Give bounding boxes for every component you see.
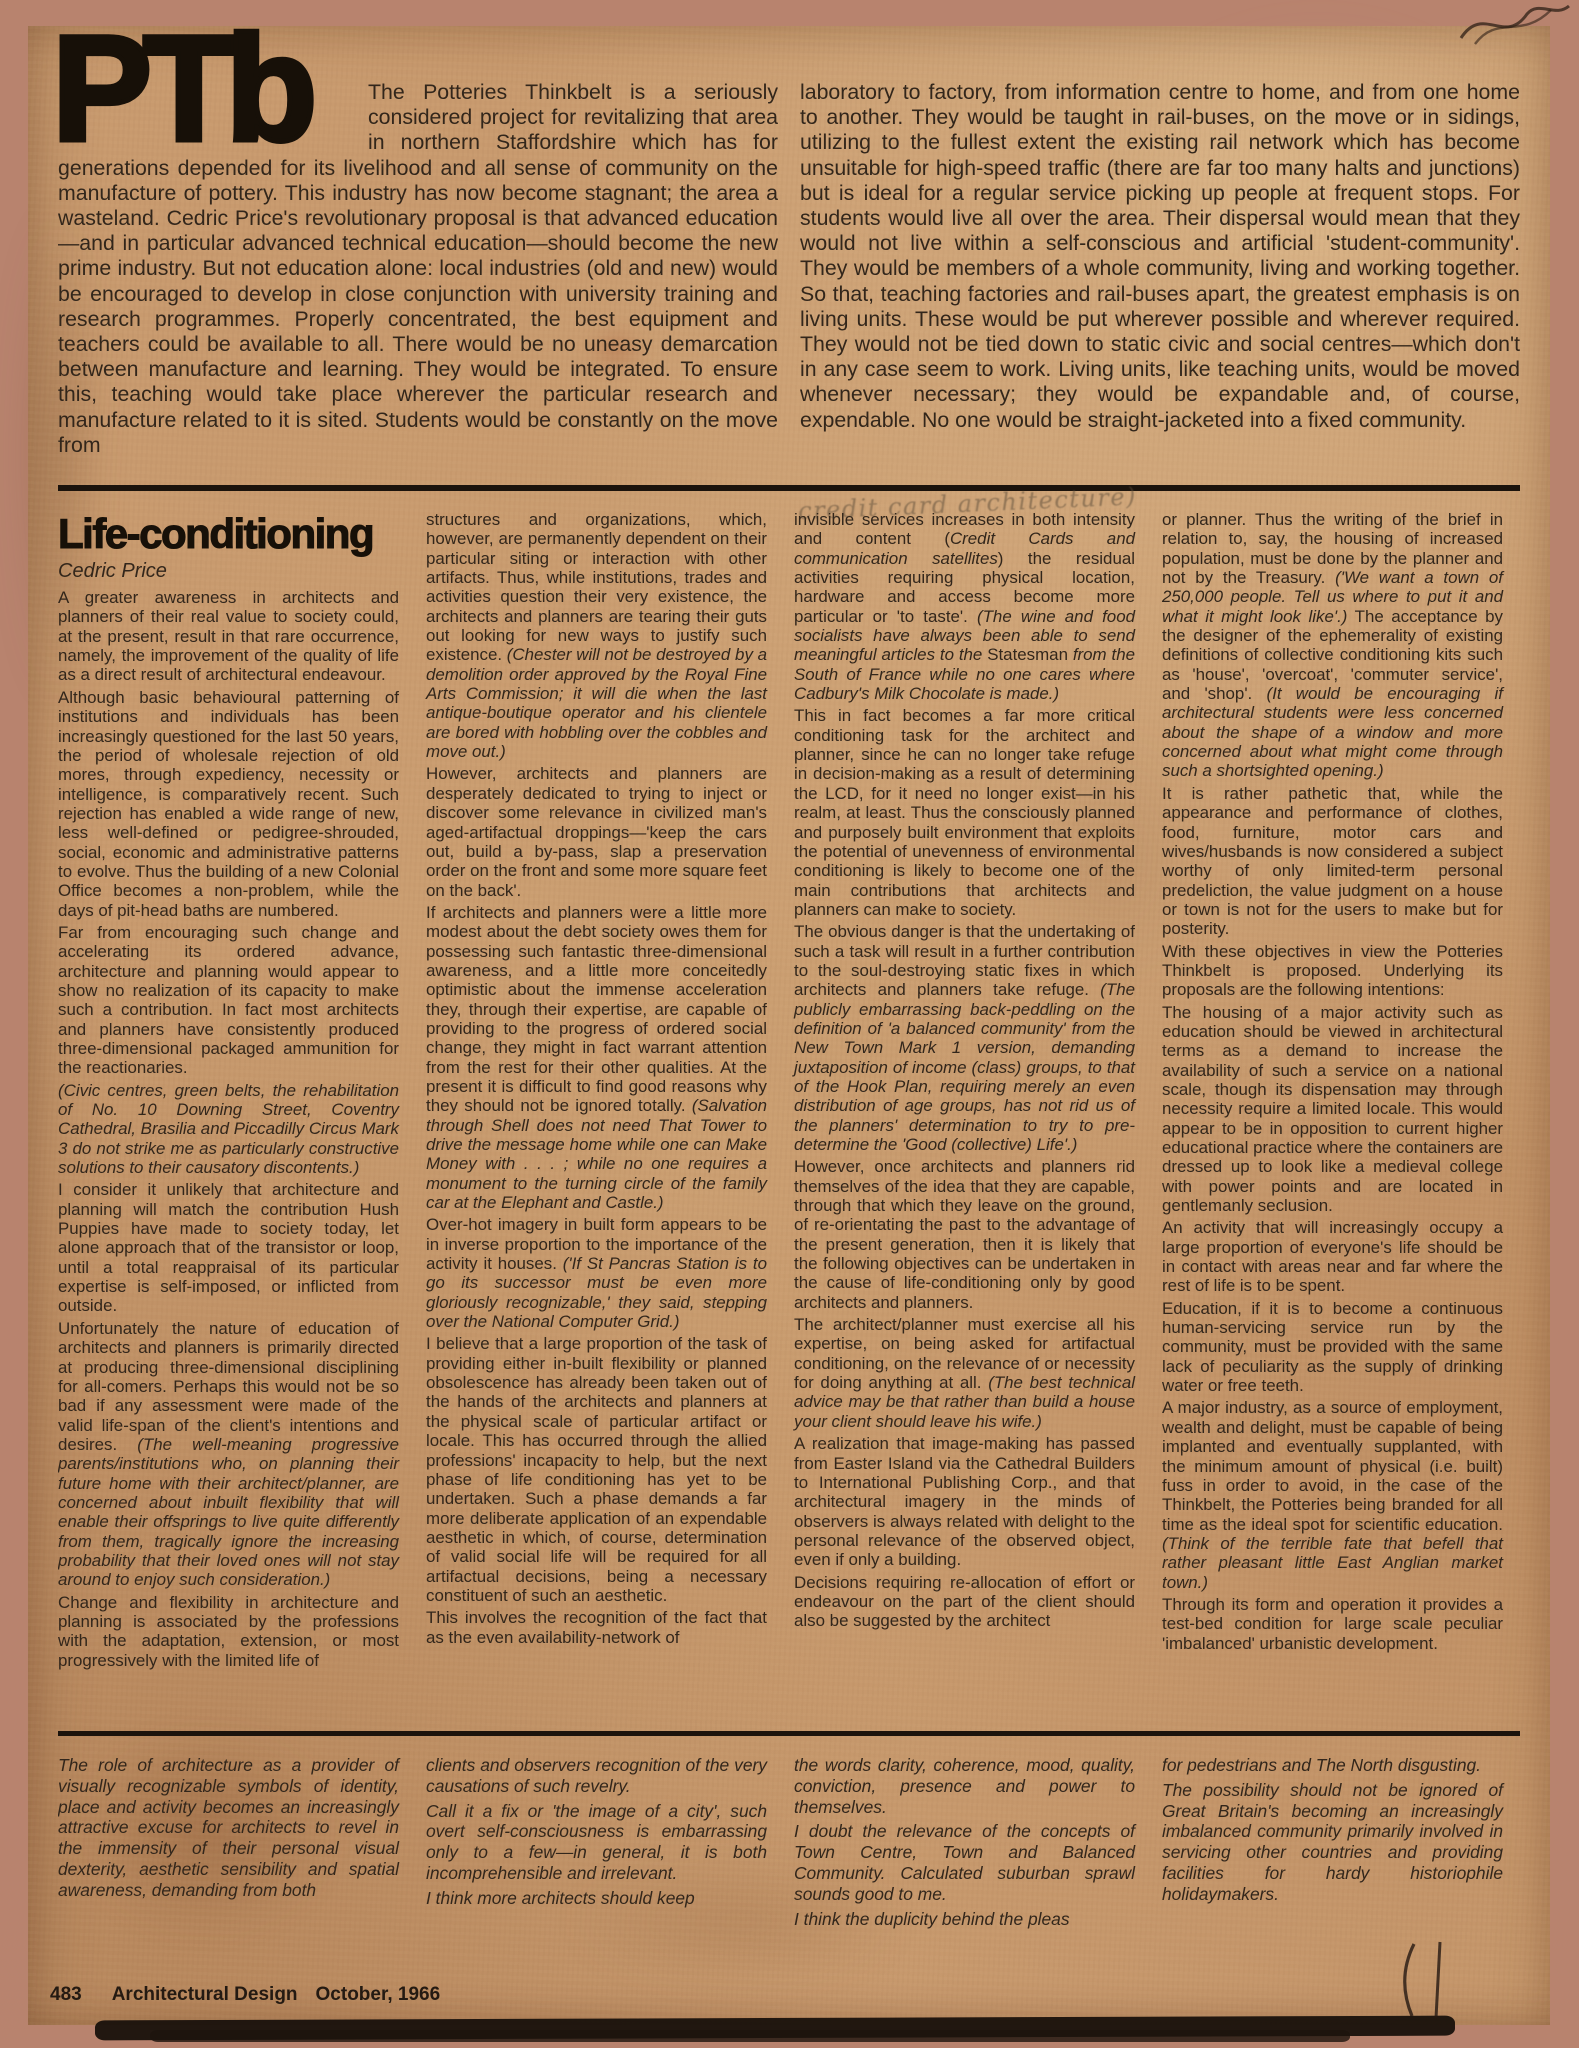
logo-spacer [58, 80, 360, 154]
paragraph: the words clarity, coherence, mood, qual… [794, 1755, 1135, 1817]
paragraph: A realization that image-making has pass… [794, 1434, 1135, 1569]
paragraph: Although basic behavioural patterning of… [58, 688, 399, 920]
paragraph: Decisions requiring re-allocation of eff… [794, 1573, 1135, 1631]
text-segment: This in fact becomes a far more critical… [794, 706, 1135, 918]
paragraph: clients and observers recognition of the… [426, 1755, 767, 1797]
paragraph: Call it a fix or 'the image of a city', … [426, 1801, 767, 1884]
paragraph: If architects and planners were a little… [426, 903, 767, 1213]
paragraph: It is rather pathetic that, while the ap… [1162, 784, 1503, 939]
paragraph: Over-hot imagery in built form appears t… [426, 1215, 767, 1331]
article-column-4: or planner. Thus the writing of the brie… [1162, 510, 1503, 1731]
text-segment: Statesman [987, 645, 1068, 664]
page-number: 483 [50, 1984, 82, 2005]
text-segment: Although basic behavioural patterning of… [58, 688, 399, 920]
paper-page: PTb The Potteries Thinkbelt is a serious… [28, 26, 1550, 2025]
text-segment: An activity that will increasingly occup… [1162, 1218, 1503, 1295]
paragraph: A greater awareness in architects and pl… [58, 588, 399, 685]
text-segment: A greater awareness in architects and pl… [58, 588, 399, 684]
paragraph: Unfortunately the nature of education of… [58, 1319, 399, 1590]
text-segment: The possibility should not be ignored of… [1162, 1780, 1503, 1904]
text-segment: the words clarity, coherence, mood, qual… [794, 1755, 1135, 1817]
text-segment: However, architects and planners are des… [426, 764, 767, 899]
text-segment: laboratory to factory, from information … [800, 80, 1520, 432]
paragraph: (Civic centres, green belts, the rehabil… [58, 1081, 399, 1178]
text-segment: With these objectives in view the Potter… [1162, 942, 1503, 1000]
article-byline: Cedric Price [58, 559, 399, 583]
paragraph: A major industry, as a source of employm… [1162, 1398, 1503, 1591]
text-segment: Through its form and operation it provid… [1162, 1595, 1503, 1653]
article-column-3: invisible services increases in both int… [794, 510, 1135, 1731]
text-segment: Change and flexibility in architecture a… [58, 1593, 399, 1670]
paragraph: Education, if it is to become a continuo… [1162, 1299, 1503, 1396]
page-edge-shadow [150, 2030, 1350, 2042]
closing-column-1: The role of architecture as a provider o… [58, 1755, 399, 1981]
paragraph: invisible services increases in both int… [794, 510, 1135, 703]
pen-scribble-icon [1455, 0, 1575, 52]
paragraph: laboratory to factory, from information … [800, 80, 1520, 433]
paragraph: I think the duplicity behind the pleas [794, 1909, 1135, 1930]
paragraph: I consider it unlikely that architecture… [58, 1180, 399, 1315]
paragraph: structures and organizations, which, how… [426, 510, 767, 761]
text-segment: The role of architecture as a provider o… [58, 1755, 399, 1900]
text-segment: I doubt the relevance of the concepts of… [794, 1821, 1135, 1903]
paragraph: or planner. Thus the writing of the brie… [1162, 510, 1503, 781]
text-segment: This involves the recognition of the fac… [426, 1608, 767, 1646]
text-segment: Decisions requiring re-allocation of eff… [794, 1573, 1135, 1631]
closing-italic-section: The role of architecture as a provider o… [58, 1755, 1520, 1981]
text-segment: A major industry, as a source of employm… [1162, 1398, 1503, 1533]
paragraph: I believe that a large proportion of the… [426, 1334, 767, 1605]
column-4-text: or planner. Thus the writing of the brie… [1162, 510, 1503, 1653]
column-2-text: structures and organizations, which, how… [426, 510, 767, 1647]
text-segment: Unfortunately the nature of education of… [58, 1319, 399, 1454]
text-segment: Education, if it is to become a continuo… [1162, 1299, 1503, 1395]
paragraph: The role of architecture as a provider o… [58, 1755, 399, 1901]
article-column-1: Life-conditioning Cedric Price A greater… [58, 510, 399, 1731]
text-segment: I believe that a large proportion of the… [426, 1334, 767, 1604]
paragraph: This in fact becomes a far more critical… [794, 706, 1135, 919]
closing-column-2: clients and observers recognition of the… [426, 1755, 767, 1981]
intro-section: The Potteries Thinkbelt is a seriously c… [58, 80, 1520, 494]
bottom-divider-rule [58, 1731, 1520, 1736]
paragraph: Change and flexibility in architecture a… [58, 1593, 399, 1670]
paragraph: for pedestrians and The North disgusting… [1162, 1755, 1503, 1776]
closing-column-3: the words clarity, coherence, mood, qual… [794, 1755, 1135, 1981]
section-divider-rule [58, 485, 1520, 491]
text-segment: The housing of a major activity such as … [1162, 1003, 1503, 1215]
intro-left-column: The Potteries Thinkbelt is a seriously c… [58, 80, 778, 494]
paragraph: The obvious danger is that the undertaki… [794, 922, 1135, 1154]
paragraph: Through its form and operation it provid… [1162, 1595, 1503, 1653]
text-segment: I consider it unlikely that architecture… [58, 1180, 399, 1315]
text-segment: If architects and planners were a little… [426, 903, 767, 1115]
paragraph: With these objectives in view the Potter… [1162, 942, 1503, 1000]
text-segment: structures and organizations, which, how… [426, 510, 767, 664]
paragraph: The housing of a major activity such as … [1162, 1003, 1503, 1216]
paragraph: Far from encouraging such change and acc… [58, 923, 399, 1078]
text-segment: (The publicly embarrassing back-peddling… [794, 980, 1135, 1154]
article-body: Life-conditioning Cedric Price A greater… [58, 510, 1520, 1731]
text-segment: A realization that image-making has pass… [794, 1434, 1135, 1569]
scanned-magazine-page: { "colors": { "paper": "#c89a6e", "borde… [0, 0, 1579, 2048]
paragraph: However, architects and planners are des… [426, 764, 767, 899]
paragraph: The possibility should not be ignored of… [1162, 1780, 1503, 1905]
page-footer: 483Architectural DesignOctober, 1966 [50, 1984, 440, 2006]
paragraph: An activity that will increasingly occup… [1162, 1218, 1503, 1295]
text-segment: clients and observers recognition of the… [426, 1755, 767, 1796]
article-title: Life-conditioning [58, 512, 399, 556]
paragraph: The architect/planner must exercise all … [794, 1315, 1135, 1431]
article-column-2: structures and organizations, which, how… [426, 510, 767, 1731]
text-segment: The obvious danger is that the undertaki… [794, 922, 1135, 999]
paragraph: I think more architects should keep [426, 1888, 767, 1909]
column-1-text: A greater awareness in architects and pl… [58, 588, 399, 1670]
intro-right-column: laboratory to factory, from information … [800, 80, 1520, 494]
column-3-text: invisible services increases in both int… [794, 510, 1135, 1631]
paragraph: I doubt the relevance of the concepts of… [794, 1821, 1135, 1904]
intro-right-text: laboratory to factory, from information … [800, 80, 1520, 433]
paragraph: This involves the recognition of the fac… [426, 1608, 767, 1647]
text-segment: (The well-meaning progressive parents/in… [58, 1435, 399, 1589]
text-segment: However, once architects and planners ri… [794, 1157, 1135, 1311]
pen-mark-icon [1392, 1938, 1462, 2022]
issue-date: October, 1966 [316, 1984, 441, 2005]
text-segment: Call it a fix or 'the image of a city', … [426, 1801, 767, 1883]
text-segment: I think more architects should keep [426, 1888, 695, 1908]
text-segment: It is rather pathetic that, while the ap… [1162, 784, 1503, 938]
text-segment: (Think of the terrible fate that befell … [1162, 1534, 1503, 1592]
text-segment: Far from encouraging such change and acc… [58, 923, 399, 1077]
paragraph: However, once architects and planners ri… [794, 1157, 1135, 1312]
magazine-title: Architectural Design [112, 1984, 298, 2005]
text-segment: for pedestrians and The North disgusting… [1162, 1755, 1481, 1775]
text-segment: I think the duplicity behind the pleas [794, 1909, 1070, 1929]
text-segment: (Civic centres, green belts, the rehabil… [58, 1081, 399, 1177]
